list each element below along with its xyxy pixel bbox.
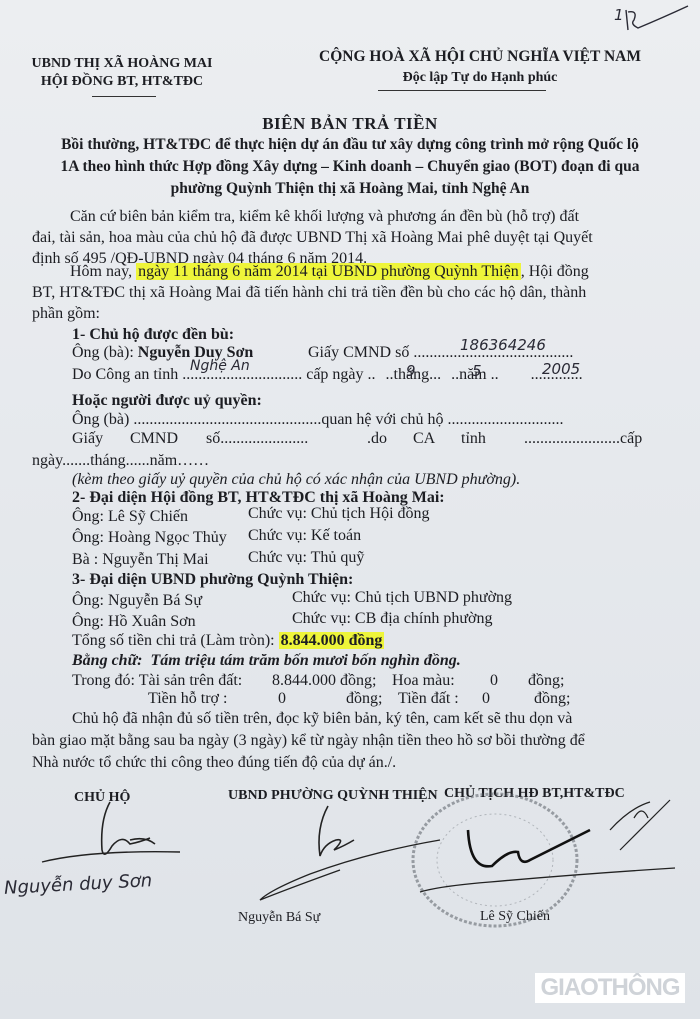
support-label: Tiền hỗ trợ : bbox=[148, 690, 227, 708]
proxy-id-word-do: .do bbox=[367, 430, 387, 448]
section2-member-role: Chức vụ: Chủ tịch Hội đồng bbox=[248, 505, 430, 523]
giaothong-watermark-logo: GIAOTHÔNG bbox=[535, 973, 685, 1003]
proxy-heading: Hoặc người được uỷ quyền: bbox=[72, 392, 262, 410]
breakdown-label: Trong đó: Tài sản trên đất: bbox=[72, 672, 242, 690]
proxy-id-word-tinh: tỉnh bbox=[461, 430, 486, 448]
section1-heading: 1- Chủ hộ được đền bù: bbox=[72, 326, 234, 344]
commitment-line3: Nhà nước tổ chức thi công theo đúng tiến… bbox=[32, 754, 396, 772]
support-value: 0 bbox=[278, 690, 286, 708]
ward-signer-name: Nguyễn Bá Sự bbox=[238, 910, 320, 926]
subtitle-line1: Bồi thường, HT&TĐC để thực hiện dự án đầ… bbox=[20, 136, 680, 154]
national-motto-line2: Độc lập Tự do Hạnh phúc bbox=[290, 70, 670, 86]
commitment-line2: bàn giao mặt bằng sau ba ngày (3 ngày) k… bbox=[32, 732, 585, 750]
proxy-id-number-dots: số...................... bbox=[206, 430, 308, 448]
police-province-handwritten: Nghệ An bbox=[190, 358, 250, 374]
intro-line2: đai, tài sản, hoa màu của chủ hộ đã được… bbox=[32, 229, 593, 247]
national-motto-line1: CỘNG HOÀ XÃ HỘI CHỦ NGHĨA VIỆT NAM bbox=[290, 48, 670, 66]
document-title: BIÊN BẢN TRẢ TIỀN bbox=[0, 114, 700, 134]
issue-day-label: cấp ngày .. bbox=[302, 366, 375, 383]
crops-label: Hoa màu: bbox=[392, 672, 455, 690]
land-label: Tiền đất : bbox=[398, 690, 459, 708]
owner-signature-icon bbox=[30, 800, 180, 920]
issue-month-handwritten: 5 bbox=[472, 362, 482, 380]
words-value: Tám triệu tám trăm bốn mươi bốn nghìn đồ… bbox=[150, 652, 460, 669]
today-suffix: , Hội đồng bbox=[521, 263, 589, 280]
land-unit: đồng; bbox=[534, 690, 570, 708]
proxy-id-issue-dots: ........................cấp bbox=[524, 430, 642, 448]
intro-line5: BT, HT&TĐC thị xã Hoàng Mai đã tiến hành… bbox=[32, 284, 586, 302]
header-right-underline bbox=[378, 90, 546, 91]
section2-member-name: Bà : Nguyễn Thị Mai bbox=[72, 551, 209, 569]
header-left-underline bbox=[92, 96, 156, 97]
issue-year-handwritten: 2005 bbox=[542, 360, 580, 378]
proxy-name-line: Ông (bà) ...............................… bbox=[72, 411, 564, 429]
intro-line1: Căn cứ biên bản kiểm tra, kiểm kê khối l… bbox=[70, 208, 579, 226]
words-label: Bằng chữ: bbox=[72, 652, 142, 669]
today-prefix: Hôm nay, bbox=[70, 263, 136, 280]
issue-day-handwritten: 9 bbox=[406, 362, 416, 380]
support-unit: đồng; bbox=[346, 690, 382, 708]
chair-signer-name: Lê Sỹ Chiến bbox=[480, 909, 550, 925]
commitment-line1: Chủ hộ đã nhận đủ số tiền trên, đọc kỹ b… bbox=[72, 710, 572, 728]
section3-member-name: Ông: Nguyễn Bá Sự bbox=[72, 592, 202, 610]
section2-member-role: Chức vụ: Thủ quỹ bbox=[248, 549, 364, 567]
issue-row: Do Công an tỉnh ........................… bbox=[72, 366, 583, 384]
intro-today-line: Hôm nay, ngày 11 tháng 6 năm 2014 tại UB… bbox=[70, 263, 589, 281]
crops-value: 0 bbox=[490, 672, 498, 690]
crops-unit: đồng; bbox=[528, 672, 564, 690]
total-row: Tổng số tiền chi trả (Làm tròn): 8.844.0… bbox=[72, 632, 384, 650]
proxy-id-word-ca: CA bbox=[413, 430, 435, 448]
section2-member-name: Ông: Lê Sỹ Chiến bbox=[72, 508, 188, 526]
amount-in-words-row: Bằng chữ: Tám triệu tám trăm bốn mươi bố… bbox=[72, 652, 461, 670]
section2-member-name: Ông: Hoàng Ngọc Thủy bbox=[72, 529, 227, 547]
header-org-line2: HỘI ĐỒNG BT, HT&TĐC bbox=[22, 74, 222, 90]
section3-member-name: Ông: Hồ Xuân Sơn bbox=[72, 613, 196, 631]
assets-value: 8.844.000 đồng; bbox=[272, 672, 376, 690]
id-label: Giấy CMND số bbox=[308, 344, 413, 361]
land-value: 0 bbox=[482, 690, 490, 708]
intro-line6: phần gồm: bbox=[32, 305, 100, 323]
owner-id-handwritten: 186364246 bbox=[460, 336, 546, 354]
section3-member-role: Chức vụ: CB địa chính phường bbox=[292, 610, 492, 628]
section3-member-role: Chức vụ: Chủ tịch UBND phường bbox=[292, 589, 512, 607]
corner-scribble-icon bbox=[622, 4, 692, 34]
proxy-note: (kèm theo giấy uỷ quyền của chủ hộ có xá… bbox=[72, 471, 520, 489]
section3-heading: 3- Đại diện UBND phường Quỳnh Thiện: bbox=[72, 571, 353, 589]
today-highlight: ngày 11 tháng 6 năm 2014 tại UBND phường… bbox=[136, 263, 521, 280]
subtitle-line3: phường Quỳnh Thiện thị xã Hoàng Mai, tỉn… bbox=[20, 180, 680, 198]
header-org-line1: UBND THỊ XÃ HOÀNG MAI bbox=[22, 56, 222, 72]
total-label: Tổng số tiền chi trả (Làm tròn): bbox=[72, 632, 279, 649]
document-page: 1 UBND THỊ XÃ HOÀNG MAI HỘI ĐỒNG BT, HT&… bbox=[0, 0, 700, 1019]
subtitle-line2: 1A theo hình thức Hợp đồng Xây dựng – Ki… bbox=[20, 158, 680, 176]
proxy-id-word2: CMND bbox=[130, 430, 178, 448]
section2-member-role: Chức vụ: Kế toán bbox=[248, 527, 361, 545]
police-label: Do Công an tỉnh bbox=[72, 366, 182, 383]
proxy-date-line: ngày.......tháng......năm…… bbox=[32, 452, 209, 470]
proxy-id-word1: Giấy bbox=[72, 430, 103, 448]
total-amount: 8.844.000 đồng bbox=[279, 632, 385, 649]
owner-label: Ông (bà): bbox=[72, 344, 138, 361]
